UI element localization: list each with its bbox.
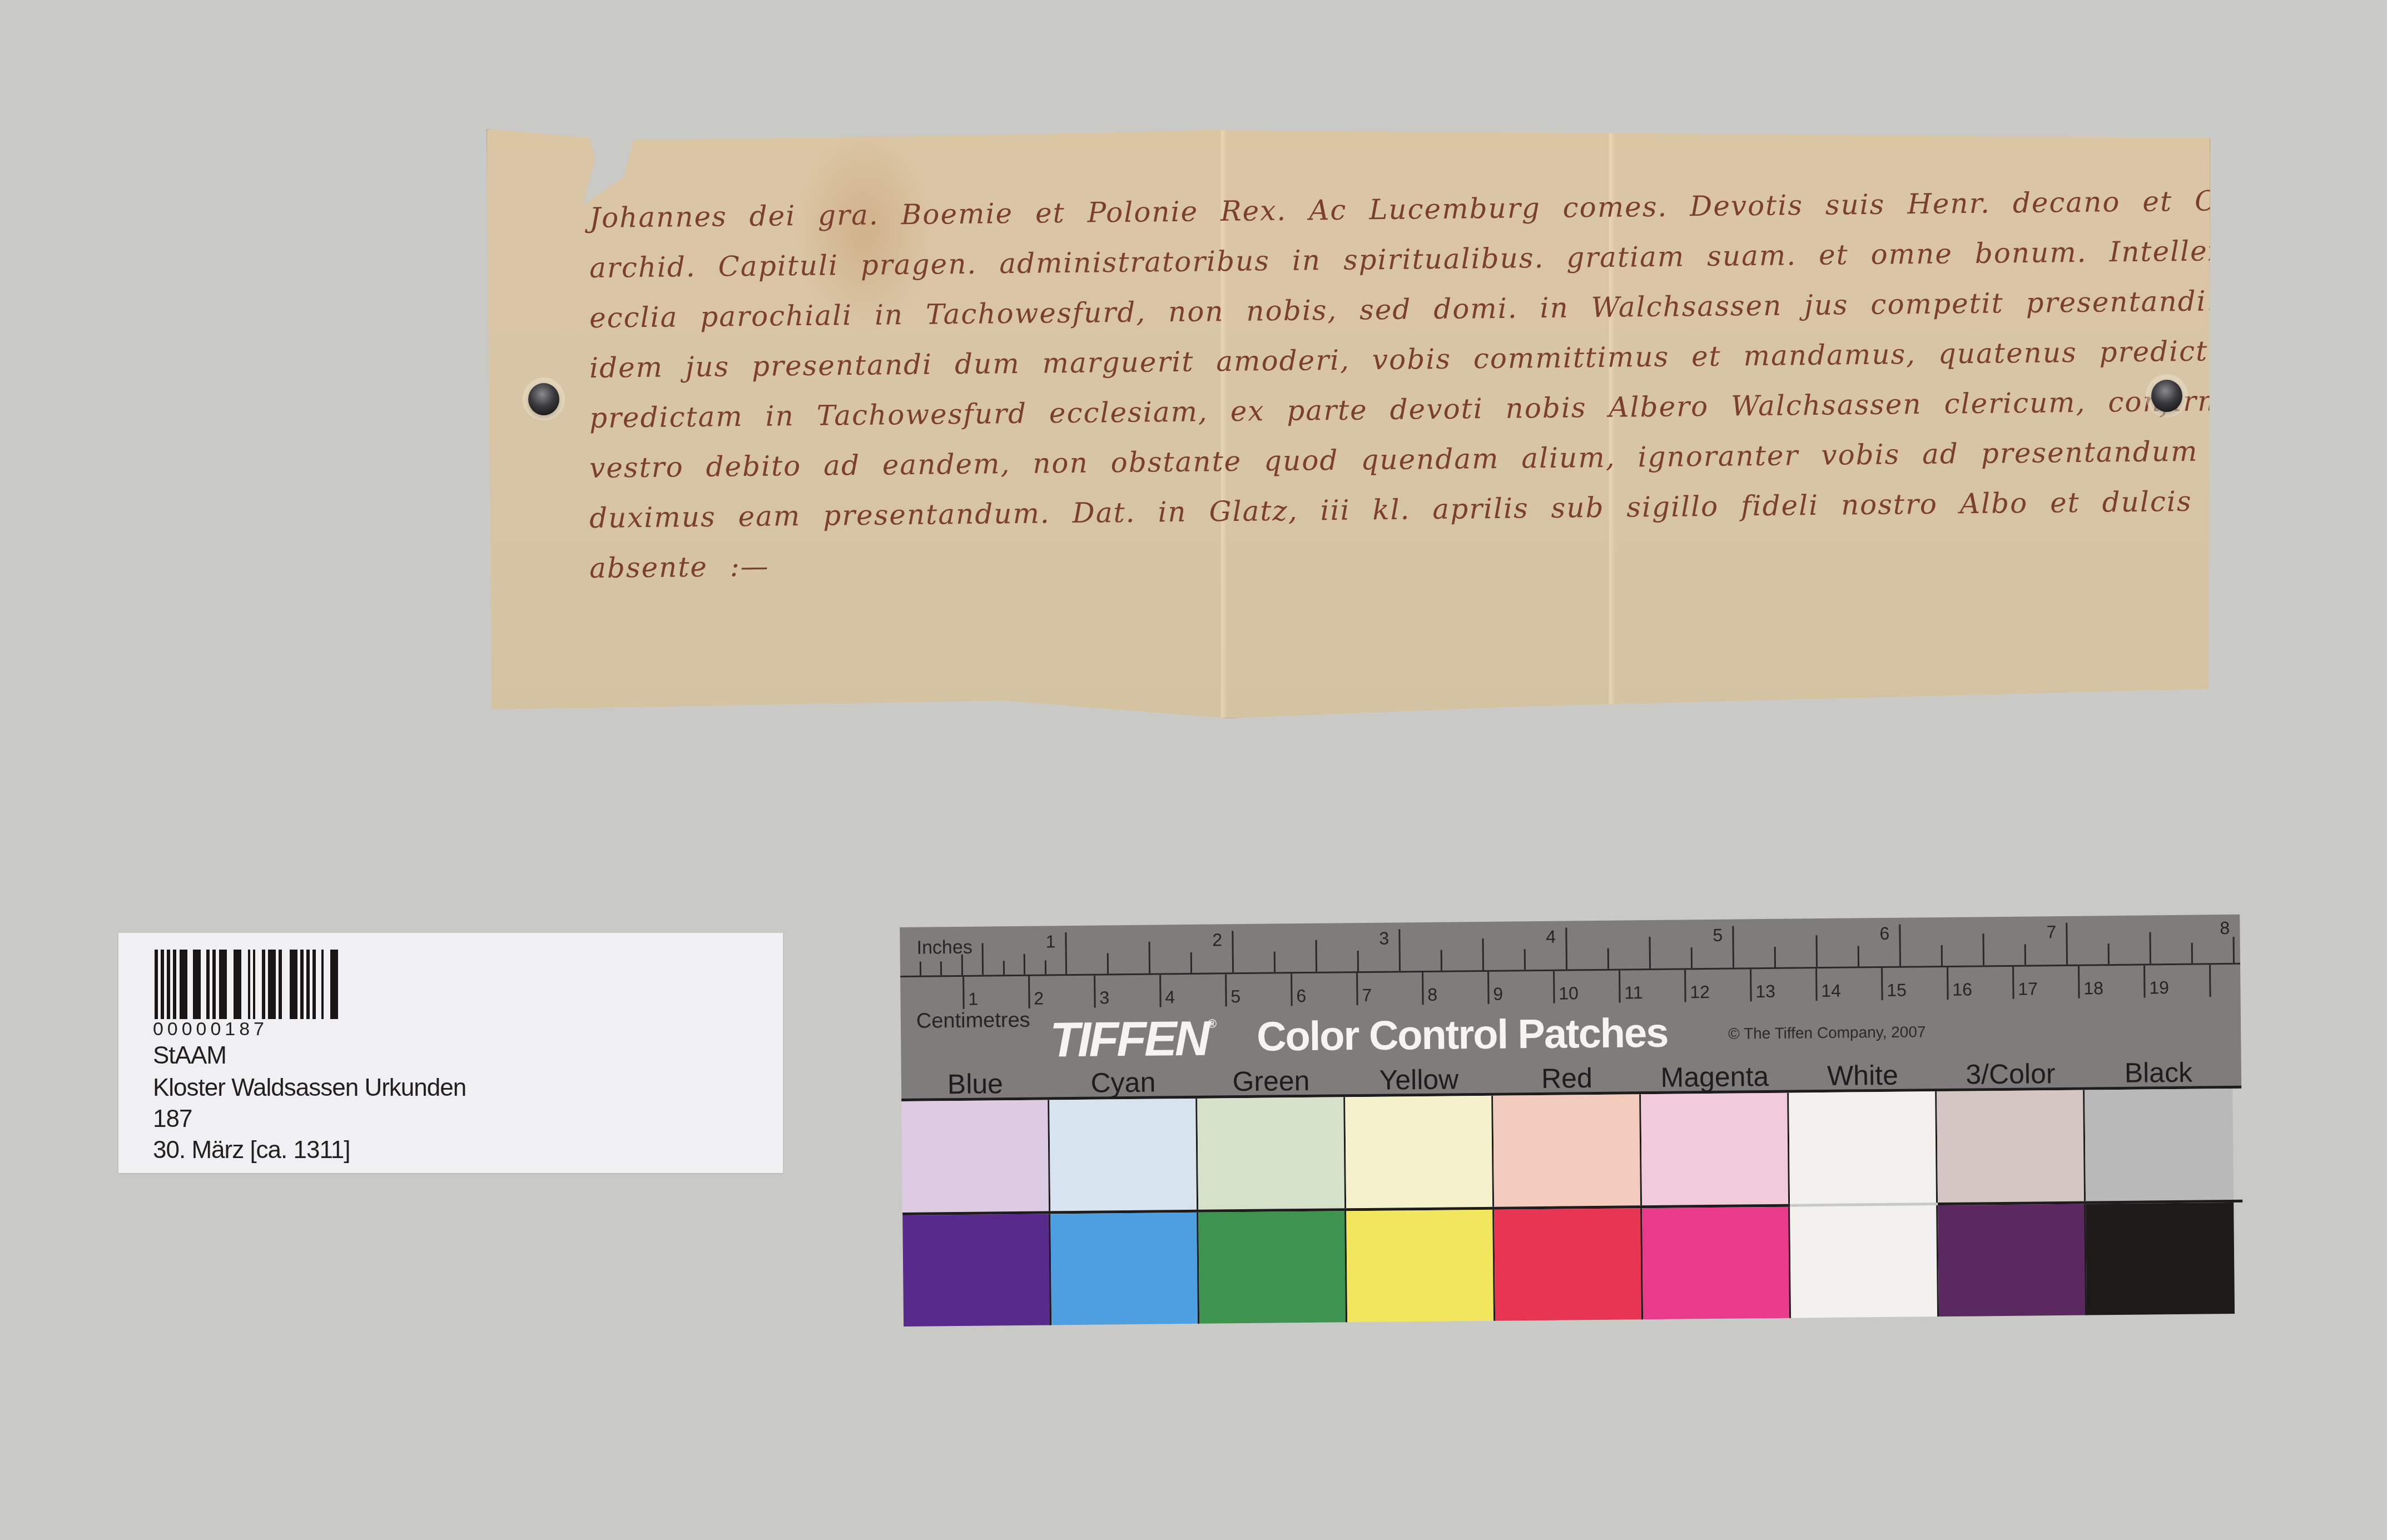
patch-label-yellow: Yellow xyxy=(1345,1063,1493,1097)
inch-minor-tick xyxy=(1441,950,1442,971)
patch-label-cyan: Cyan xyxy=(1049,1066,1198,1100)
barcode-icon xyxy=(155,950,338,1019)
copyright-notice: © The Tiffen Company, 2007 xyxy=(1728,1023,1926,1042)
inch-tick xyxy=(1398,929,1401,971)
cm-tick xyxy=(1094,976,1096,1008)
inch-tick xyxy=(1065,932,1067,974)
inch-minor-tick xyxy=(1691,947,1693,968)
rivet-left-icon xyxy=(528,383,559,415)
patch-3color-dark xyxy=(1938,1204,2087,1317)
cm-tick xyxy=(1815,968,1818,1001)
inch-minor-tick xyxy=(1941,945,1943,966)
patch-label-black: Black xyxy=(2085,1056,2233,1090)
inch-minor-tick xyxy=(1190,952,1192,973)
dark-patch-row xyxy=(902,1203,2235,1327)
inch-minor-tick xyxy=(920,962,921,976)
patch-blue-light xyxy=(901,1100,1050,1213)
patch-yellow-dark xyxy=(1346,1210,1495,1323)
inch-minor-tick xyxy=(2024,945,2026,965)
cm-tick xyxy=(962,977,965,1009)
inch-minor-tick xyxy=(1024,954,1025,975)
cm-tick xyxy=(1684,970,1686,1002)
patch-red-dark xyxy=(1494,1208,1643,1321)
patch-cyan-light xyxy=(1049,1099,1198,1211)
patch-green-light xyxy=(1197,1097,1346,1210)
archive-name: StAAM xyxy=(153,1042,226,1070)
inch-tick xyxy=(2066,923,2068,965)
cm-tick xyxy=(2209,965,2211,997)
inch-minor-tick xyxy=(1107,953,1109,973)
patch-cyan-dark xyxy=(1050,1213,1199,1325)
rivet-right-icon xyxy=(2151,380,2182,412)
inch-minor-tick xyxy=(961,955,963,975)
patch-white xyxy=(1789,1091,1938,1204)
patch-white-lower xyxy=(1790,1205,1939,1318)
patch-label-white: White xyxy=(1789,1059,1937,1092)
inch-minor-tick xyxy=(2149,932,2151,963)
patch-magenta-dark xyxy=(1642,1207,1791,1320)
inch-minor-tick xyxy=(982,943,984,975)
inch-tick xyxy=(1899,925,1901,966)
patch-label-3color: 3/Color xyxy=(1937,1057,2085,1091)
charter-text: Johannes dei gra. Boemie et Polonie Rex.… xyxy=(589,193,2157,593)
cm-tick xyxy=(2143,966,2146,998)
patch-black-dark xyxy=(2086,1203,2235,1315)
inch-tick xyxy=(1232,931,1234,972)
cm-tick xyxy=(1225,974,1227,1006)
patch-blue-dark xyxy=(902,1214,1051,1327)
light-patch-row xyxy=(901,1089,2234,1213)
inch-minor-tick xyxy=(1607,948,1609,969)
inch-tick xyxy=(2233,937,2235,963)
ruler-baseline xyxy=(900,963,2240,977)
inch-minor-tick xyxy=(2108,943,2110,964)
inch-minor-tick xyxy=(1482,938,1485,970)
card-title: Color Control Patches xyxy=(1257,1009,1668,1060)
inch-minor-tick xyxy=(1524,949,1526,970)
ruler-header: Inches 1 2 3 4 5 6 7 8 xyxy=(900,915,2241,1101)
inch-minor-tick xyxy=(1045,960,1046,974)
patch-label-red: Red xyxy=(1493,1061,1641,1095)
cm-tick xyxy=(1291,973,1293,1006)
inch-minor-tick xyxy=(1003,961,1005,975)
inch-minor-tick xyxy=(1858,946,1859,966)
cm-tick xyxy=(1881,968,1883,1000)
patch-yellow-light xyxy=(1345,1096,1494,1209)
cm-tick xyxy=(1028,976,1030,1009)
patch-label-blue: Blue xyxy=(901,1067,1050,1101)
cm-tick xyxy=(2078,966,2080,998)
patch-red-light xyxy=(1493,1094,1642,1207)
patch-label-green: Green xyxy=(1197,1064,1346,1098)
inch-minor-tick xyxy=(1649,937,1651,968)
document-date: 30. März [ca. 1311] xyxy=(153,1136,350,1164)
centimetres-label: Centimetres xyxy=(916,1009,1030,1034)
cm-tick xyxy=(1159,975,1162,1007)
inch-minor-tick xyxy=(1982,933,1984,965)
tiffen-color-card: Inches 1 2 3 4 5 6 7 8 xyxy=(900,899,2244,1323)
inch-minor-tick xyxy=(1316,940,1318,972)
archive-label: 0 0 0 0 0 1 8 7 StAAM Kloster Waldsassen… xyxy=(118,933,783,1173)
inch-minor-tick xyxy=(1149,942,1151,973)
inch-tick xyxy=(1732,926,1734,968)
patch-label-magenta: Magenta xyxy=(1641,1060,1789,1094)
inch-minor-tick xyxy=(1774,947,1776,967)
inch-minor-tick xyxy=(1357,951,1359,971)
cm-tick xyxy=(1487,972,1490,1004)
inch-tick xyxy=(1565,927,1567,969)
patch-green-dark xyxy=(1198,1211,1347,1324)
inch-minor-tick xyxy=(940,961,942,975)
inch-minor-tick xyxy=(1815,935,1818,967)
collection-name: Kloster Waldsassen Urkunden xyxy=(153,1074,466,1102)
cm-tick xyxy=(1356,973,1358,1005)
parchment-charter: Johannes dei gra. Boemie et Polonie Rex.… xyxy=(487,129,2210,718)
patch-magenta-light xyxy=(1641,1093,1790,1206)
barcode-number: 0 0 0 0 0 1 8 7 xyxy=(153,1019,264,1040)
cm-tick xyxy=(1422,972,1424,1005)
cm-tick xyxy=(1947,967,1949,1000)
tiffen-logo: TIFFEN® xyxy=(1050,1010,1215,1069)
patch-3color-light xyxy=(1937,1090,2086,1203)
inch-minor-tick xyxy=(1274,952,1276,972)
cm-tick xyxy=(2012,967,2014,999)
inches-label: Inches xyxy=(916,937,972,959)
cm-tick xyxy=(1553,971,1555,1004)
cm-tick xyxy=(1750,969,1752,1001)
cm-tick xyxy=(1619,971,1621,1003)
document-number: 187 xyxy=(153,1105,192,1133)
inch-minor-tick xyxy=(2191,943,2193,963)
patch-black-light xyxy=(2085,1089,2234,1201)
